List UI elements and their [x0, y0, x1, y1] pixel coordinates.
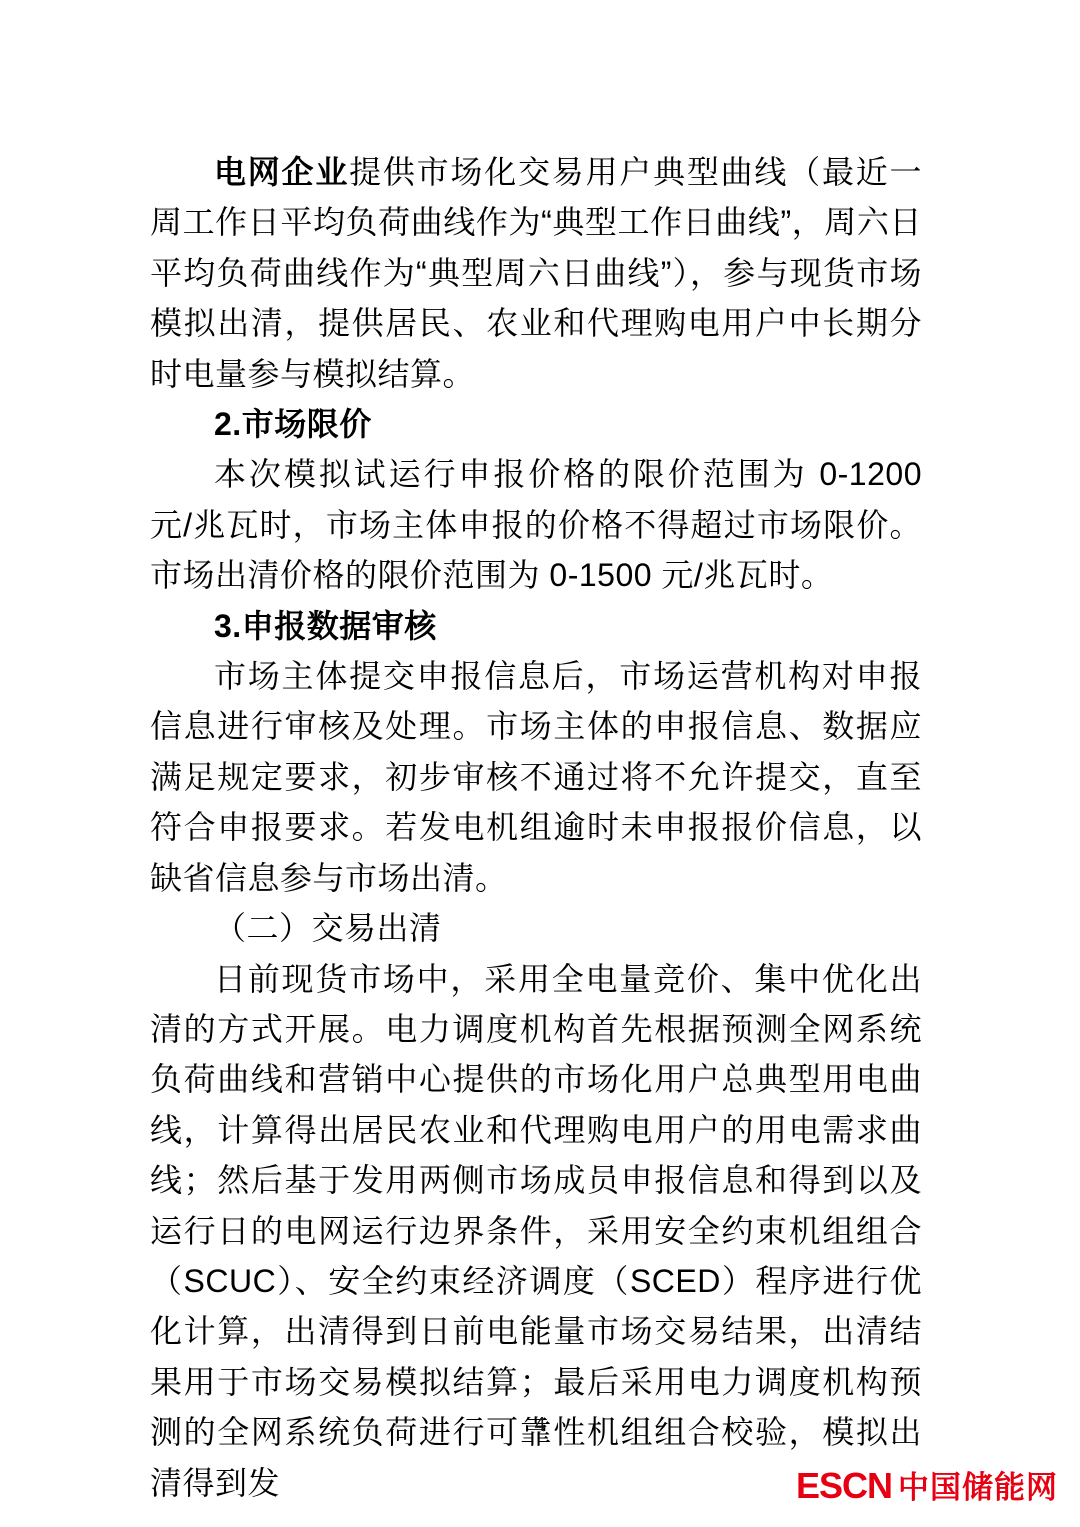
- paragraph-grid-company: 电网企业提供市场化交易用户典型曲线（最近一周工作日平均负荷曲线作为“典型工作日曲…: [150, 147, 922, 399]
- paragraph-grid-company-lead: 电网企业: [214, 154, 349, 190]
- document-body: 电网企业提供市场化交易用户典型曲线（最近一周工作日平均负荷曲线作为“典型工作日曲…: [150, 147, 922, 1508]
- document-page: 电网企业提供市场化交易用户典型曲线（最近一周工作日平均负荷曲线作为“典型工作日曲…: [0, 0, 1080, 1527]
- page-number: 4: [0, 1412, 1080, 1438]
- escn-logo: ESCN中国储能网: [796, 1468, 1058, 1512]
- escn-logo-chinese-text: 中国储能网: [898, 1470, 1058, 1505]
- escn-logo-latin-text: ESCN: [796, 1465, 892, 1506]
- paragraph-market-price-cap: 本次模拟试运行申报价格的限价范围为 0-1200 元/兆瓦时，市场主体申报的价格…: [150, 449, 922, 600]
- heading-trade-clearing: （二）交易出清: [150, 903, 922, 953]
- heading-declaration-review: 3.申报数据审核: [150, 601, 922, 651]
- paragraph-declaration-review: 市场主体提交申报信息后，市场运营机构对申报信息进行审核及处理。市场主体的申报信息…: [150, 651, 922, 903]
- heading-market-price-cap: 2.市场限价: [150, 399, 922, 449]
